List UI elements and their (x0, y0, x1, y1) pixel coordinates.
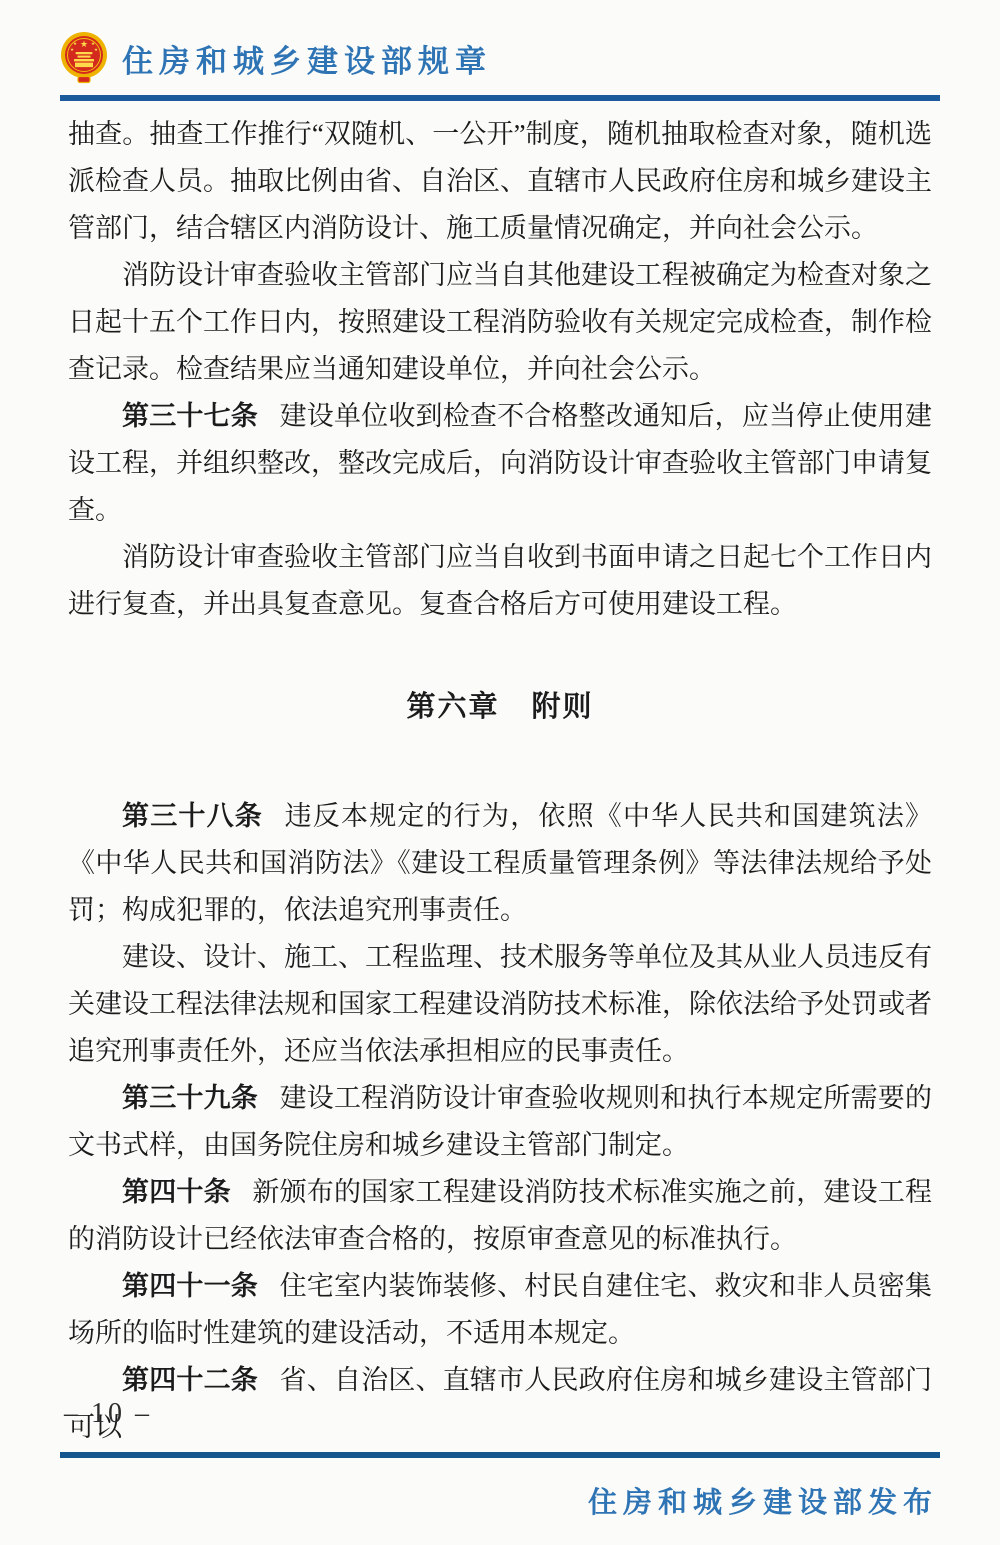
paragraph-article-38: 第三十八条违反本规定的行为，依照《中华人民共和国建筑法》《中华人民共和国消防法》… (68, 793, 932, 934)
article-number: 第三十七条 (122, 401, 258, 431)
page-header: ★ ★ ★ ★ ★ 住房和城乡建设部规章 (60, 26, 940, 90)
paragraph-article-42: 第四十二条省、自治区、直辖市人民政府住房和城乡建设主管部门可以 (68, 1357, 932, 1451)
paragraph-article-37: 第三十七条建设单位收到检查不合格整改通知后，应当停止使用建设工程，并组织整改，整… (68, 393, 932, 534)
paragraph-article-41: 第四十一条住宅室内装饰装修、村民自建住宅、救灾和非人员密集场所的临时性建筑的建设… (68, 1263, 932, 1357)
paragraph-article-40: 第四十条新颁布的国家工程建设消防技术标准实施之前，建设工程的消防设计已经依法审查… (68, 1169, 932, 1263)
document-page: ★ ★ ★ ★ ★ 住房和城乡建设部规章 抽查。抽查工作推行“双随机、一公开”制… (0, 0, 1000, 1545)
article-number: 第四十条 (122, 1177, 231, 1207)
page-number: – 10 – (64, 1398, 152, 1430)
paragraph: 消防设计审查验收主管部门应当自其他建设工程被确定为检查对象之日起十五个工作日内，… (68, 252, 932, 393)
paragraph: 抽查。抽查工作推行“双随机、一公开”制度，随机抽取检查对象，随机选派检查人员。抽… (68, 111, 932, 252)
article-number: 第三十九条 (122, 1083, 258, 1113)
article-number: 第四十一条 (122, 1271, 258, 1301)
chapter-number: 第六章 (407, 691, 500, 723)
national-emblem-icon: ★ ★ ★ ★ ★ (60, 30, 108, 88)
svg-text:★: ★ (80, 39, 88, 49)
paragraph: 消防设计审查验收主管部门应当自收到书面申请之日起七个工作日内进行复查，并出具复查… (68, 534, 932, 628)
header-divider (60, 95, 940, 101)
paragraph: 建设、设计、施工、工程监理、技术服务等单位及其从业人员违反有关建设工程法律法规和… (68, 934, 932, 1075)
paragraph-article-39: 第三十九条建设工程消防设计审查验收规则和执行本规定所需要的文书式样，由国务院住房… (68, 1075, 932, 1169)
document-body: 抽查。抽查工作推行“双随机、一公开”制度，随机抽取检查对象，随机选派检查人员。抽… (68, 111, 932, 1451)
publisher-label: 住房和城乡建设部发布 (588, 1480, 938, 1521)
page-header-title: 住房和城乡建设部规章 (122, 36, 492, 81)
footer-divider (60, 1452, 940, 1458)
chapter-title: 附则 (531, 691, 593, 723)
article-number: 第四十二条 (122, 1365, 258, 1395)
chapter-heading: 第六章附则 (68, 684, 932, 731)
article-number: 第三十八条 (122, 801, 263, 831)
